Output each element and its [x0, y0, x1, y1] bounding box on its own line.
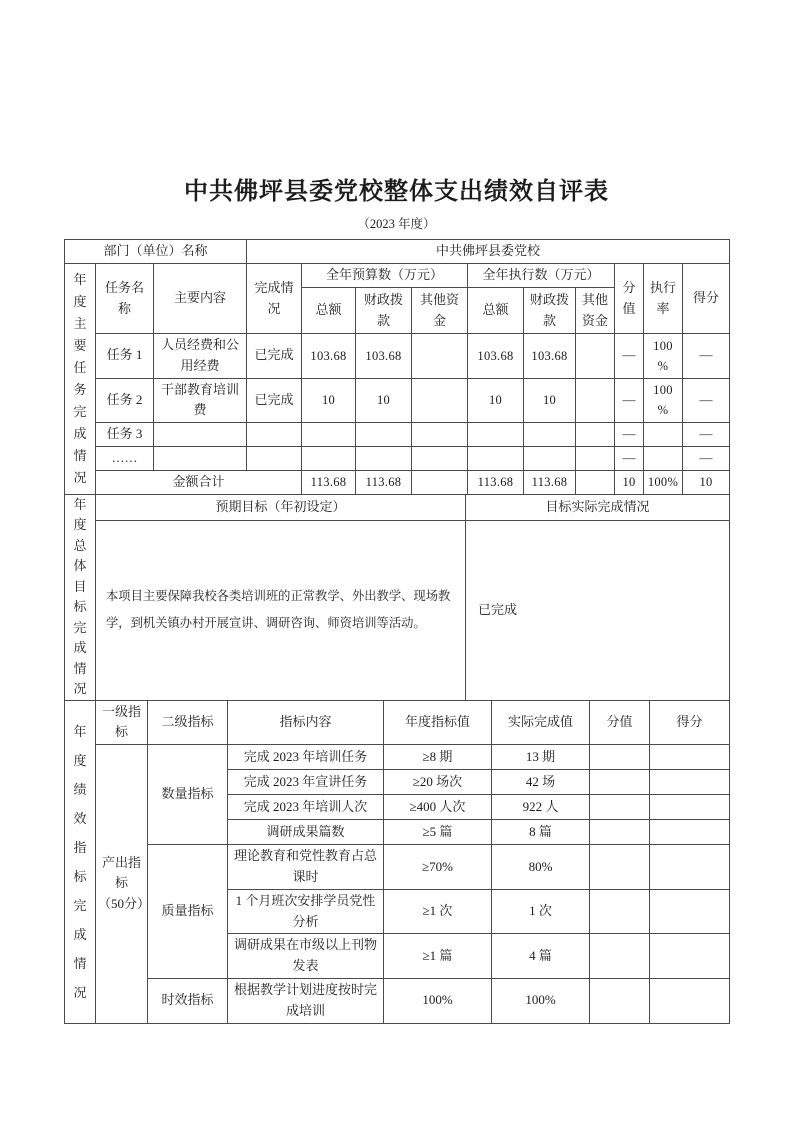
points: — [615, 334, 644, 379]
actual-value: 80% [492, 845, 590, 890]
actual-value: 922 人 [492, 795, 590, 820]
budget-other [412, 378, 468, 423]
annual-tasks-table: 部门（单位）名称 中共佛坪县委党校 年度主要任务完成情况 任务名称 主要内容 完… [64, 239, 730, 495]
indicator-content: 根据教学计划进度按时完成培训 [228, 978, 384, 1023]
points: — [615, 423, 644, 447]
budget-other [412, 446, 468, 470]
points [590, 889, 650, 934]
score: — [683, 446, 730, 470]
indicator-row: 时效指标 根据教学计划进度按时完成培训 100% 100% [65, 978, 730, 1023]
exec-rate [644, 446, 683, 470]
annual-target: ≥5 篇 [384, 820, 492, 845]
budget-fiscal: 103.68 [356, 334, 412, 379]
points [590, 978, 650, 1023]
col-header-exec-fiscal: 财政拨款 [524, 288, 576, 334]
task-row: …… — — [65, 446, 730, 470]
budget-fiscal [356, 423, 412, 447]
actual-value: 42 场 [492, 770, 590, 795]
actual-value: 8 篇 [492, 820, 590, 845]
exec-fiscal: 113.68 [524, 470, 576, 494]
points: — [615, 446, 644, 470]
points: — [615, 378, 644, 423]
section2-side-label: 年度总体目标完成情况 [65, 494, 96, 700]
budget-total: 10 [302, 378, 356, 423]
exec-total [468, 423, 524, 447]
exec-total: 103.68 [468, 334, 524, 379]
score [650, 770, 730, 795]
exec-fiscal [524, 423, 576, 447]
task-row: 任务 3 — — [65, 423, 730, 447]
annual-target: 100% [384, 978, 492, 1023]
points [590, 795, 650, 820]
score [650, 845, 730, 890]
budget-total [302, 446, 356, 470]
expected-goal-header: 预期目标（年初设定） [96, 494, 466, 521]
col-header-points: 分值 [590, 700, 650, 745]
exec-rate: 100% [644, 470, 683, 494]
score [650, 820, 730, 845]
col-header-annual-target: 年度指标值 [384, 700, 492, 745]
dept-name-label: 部门（单位）名称 [65, 240, 247, 264]
actual-value: 13 期 [492, 745, 590, 770]
exec-other [576, 446, 615, 470]
annual-target: ≥1 次 [384, 889, 492, 934]
document-subtitle: （2023 年度） [0, 216, 793, 232]
budget-total [302, 423, 356, 447]
indicator-content: 1 个月班次安排学员党性分析 [228, 889, 384, 934]
budget-other [412, 470, 468, 494]
annual-target: ≥8 期 [384, 745, 492, 770]
col-header-exec-group: 全年执行数（万元） [468, 264, 615, 288]
exec-other [576, 378, 615, 423]
exec-fiscal: 103.68 [524, 334, 576, 379]
col-header-exec-rate: 执行率 [644, 264, 683, 334]
task-content: 人员经费和公用经费 [154, 334, 247, 379]
task-status: 已完成 [247, 334, 302, 379]
level2-indicator: 质量指标 [148, 845, 228, 979]
performance-indicators-table: 年度绩效指标完成情况 一级指标 二级指标 指标内容 年度指标值 实际完成值 分值… [64, 700, 730, 1024]
score: — [683, 334, 730, 379]
level2-indicator: 时效指标 [148, 978, 228, 1023]
actual-value: 100% [492, 978, 590, 1023]
budget-fiscal [356, 446, 412, 470]
budget-fiscal: 10 [356, 378, 412, 423]
actual-goal-header: 目标实际完成情况 [466, 494, 730, 521]
col-header-task-name: 任务名称 [96, 264, 154, 334]
task-row: 任务 2 干部教育培训费 已完成 10 10 10 10 — 100 % — [65, 378, 730, 423]
col-header-budget-other: 其他资金 [412, 288, 468, 334]
indicator-content: 完成 2023 年培训人次 [228, 795, 384, 820]
score: — [683, 423, 730, 447]
task-name: 任务 1 [96, 334, 154, 379]
annual-target: ≥70% [384, 845, 492, 890]
actual-value: 4 篇 [492, 934, 590, 979]
task-status [247, 423, 302, 447]
exec-total: 113.68 [468, 470, 524, 494]
score: — [683, 378, 730, 423]
exec-rate: 100 % [644, 378, 683, 423]
col-header-score: 得分 [683, 264, 730, 334]
score [650, 934, 730, 979]
budget-total: 113.68 [302, 470, 356, 494]
indicator-content: 完成 2023 年培训任务 [228, 745, 384, 770]
section1-side-label: 年度主要任务完成情况 [65, 264, 96, 495]
col-header-budget-group: 全年预算数（万元） [302, 264, 468, 288]
indicator-content: 理论教育和党性教育占总课时 [228, 845, 384, 890]
task-content [154, 423, 247, 447]
col-header-completion-status: 完成情况 [247, 264, 302, 334]
total-label: 金额合计 [96, 470, 302, 494]
points [590, 745, 650, 770]
annual-target: ≥20 场次 [384, 770, 492, 795]
col-header-score: 得分 [650, 700, 730, 745]
score [650, 795, 730, 820]
budget-other [412, 423, 468, 447]
col-header-level1-indicator: 一级指标 [96, 700, 148, 745]
indicator-content: 调研成果在市级以上刊物发表 [228, 934, 384, 979]
section3-side-label: 年度绩效指标完成情况 [65, 700, 96, 1023]
level2-indicator: 数量指标 [148, 745, 228, 845]
task-content [154, 446, 247, 470]
col-header-budget-total: 总额 [302, 288, 356, 334]
col-header-actual-value: 实际完成值 [492, 700, 590, 745]
exec-other [576, 470, 615, 494]
indicator-content: 完成 2023 年宣讲任务 [228, 770, 384, 795]
indicator-content: 调研成果篇数 [228, 820, 384, 845]
section1-side-label-text: 年度主要任务完成情况 [73, 269, 87, 489]
task-name: 任务 3 [96, 423, 154, 447]
annual-target: ≥400 人次 [384, 795, 492, 820]
exec-fiscal: 10 [524, 378, 576, 423]
document-title: 中共佛坪县委党校整体支出绩效自评表 [0, 0, 793, 208]
points [590, 770, 650, 795]
budget-fiscal: 113.68 [356, 470, 412, 494]
score [650, 978, 730, 1023]
col-header-exec-other: 其他资金 [576, 288, 615, 334]
annual-target: ≥1 篇 [384, 934, 492, 979]
col-header-exec-total: 总额 [468, 288, 524, 334]
task-status [247, 446, 302, 470]
col-header-indicator-content: 指标内容 [228, 700, 384, 745]
points [590, 845, 650, 890]
annual-goal-table: 年度总体目标完成情况 预期目标（年初设定） 目标实际完成情况 本项目主要保障我校… [64, 494, 730, 701]
exec-other [576, 334, 615, 379]
actual-value: 1 次 [492, 889, 590, 934]
task-name: …… [96, 446, 154, 470]
points: 10 [615, 470, 644, 494]
points [590, 820, 650, 845]
task-content: 干部教育培训费 [154, 378, 247, 423]
task-name: 任务 2 [96, 378, 154, 423]
exec-total [468, 446, 524, 470]
indicator-row: 产出指 标 （50分） 数量指标 完成 2023 年培训任务 ≥8 期 13 期 [65, 745, 730, 770]
page: 中共佛坪县委党校整体支出绩效自评表 （2023 年度） 部门（单位）名称 中共佛… [0, 0, 793, 1122]
col-header-main-content: 主要内容 [154, 264, 247, 334]
budget-total: 103.68 [302, 334, 356, 379]
exec-rate [644, 423, 683, 447]
exec-total: 10 [468, 378, 524, 423]
points [590, 934, 650, 979]
exec-rate: 100 % [644, 334, 683, 379]
section3-side-label-text: 年度绩效指标完成情况 [73, 717, 87, 1007]
budget-other [412, 334, 468, 379]
task-row: 任务 1 人员经费和公用经费 已完成 103.68 103.68 103.68 … [65, 334, 730, 379]
exec-fiscal [524, 446, 576, 470]
section2-side-label-text: 年度总体目标完成情况 [73, 495, 87, 700]
dept-name-value: 中共佛坪县委党校 [247, 240, 730, 264]
col-header-level2-indicator: 二级指标 [148, 700, 228, 745]
score [650, 745, 730, 770]
score: 10 [683, 470, 730, 494]
exec-other [576, 423, 615, 447]
actual-goal-text: 已完成 [466, 521, 730, 700]
col-header-points: 分值 [615, 264, 644, 334]
indicator-row: 质量指标 理论教育和党性教育占总课时 ≥70% 80% [65, 845, 730, 890]
task-status: 已完成 [247, 378, 302, 423]
level1-indicator: 产出指 标 （50分） [96, 745, 148, 1023]
score [650, 889, 730, 934]
expected-goal-text: 本项目主要保障我校各类培训班的正常教学、外出教学、现场教学，到机关镇办村开展宣讲… [96, 521, 466, 700]
total-row: 金额合计 113.68 113.68 113.68 113.68 10 100%… [65, 470, 730, 494]
col-header-budget-fiscal: 财政拨款 [356, 288, 412, 334]
